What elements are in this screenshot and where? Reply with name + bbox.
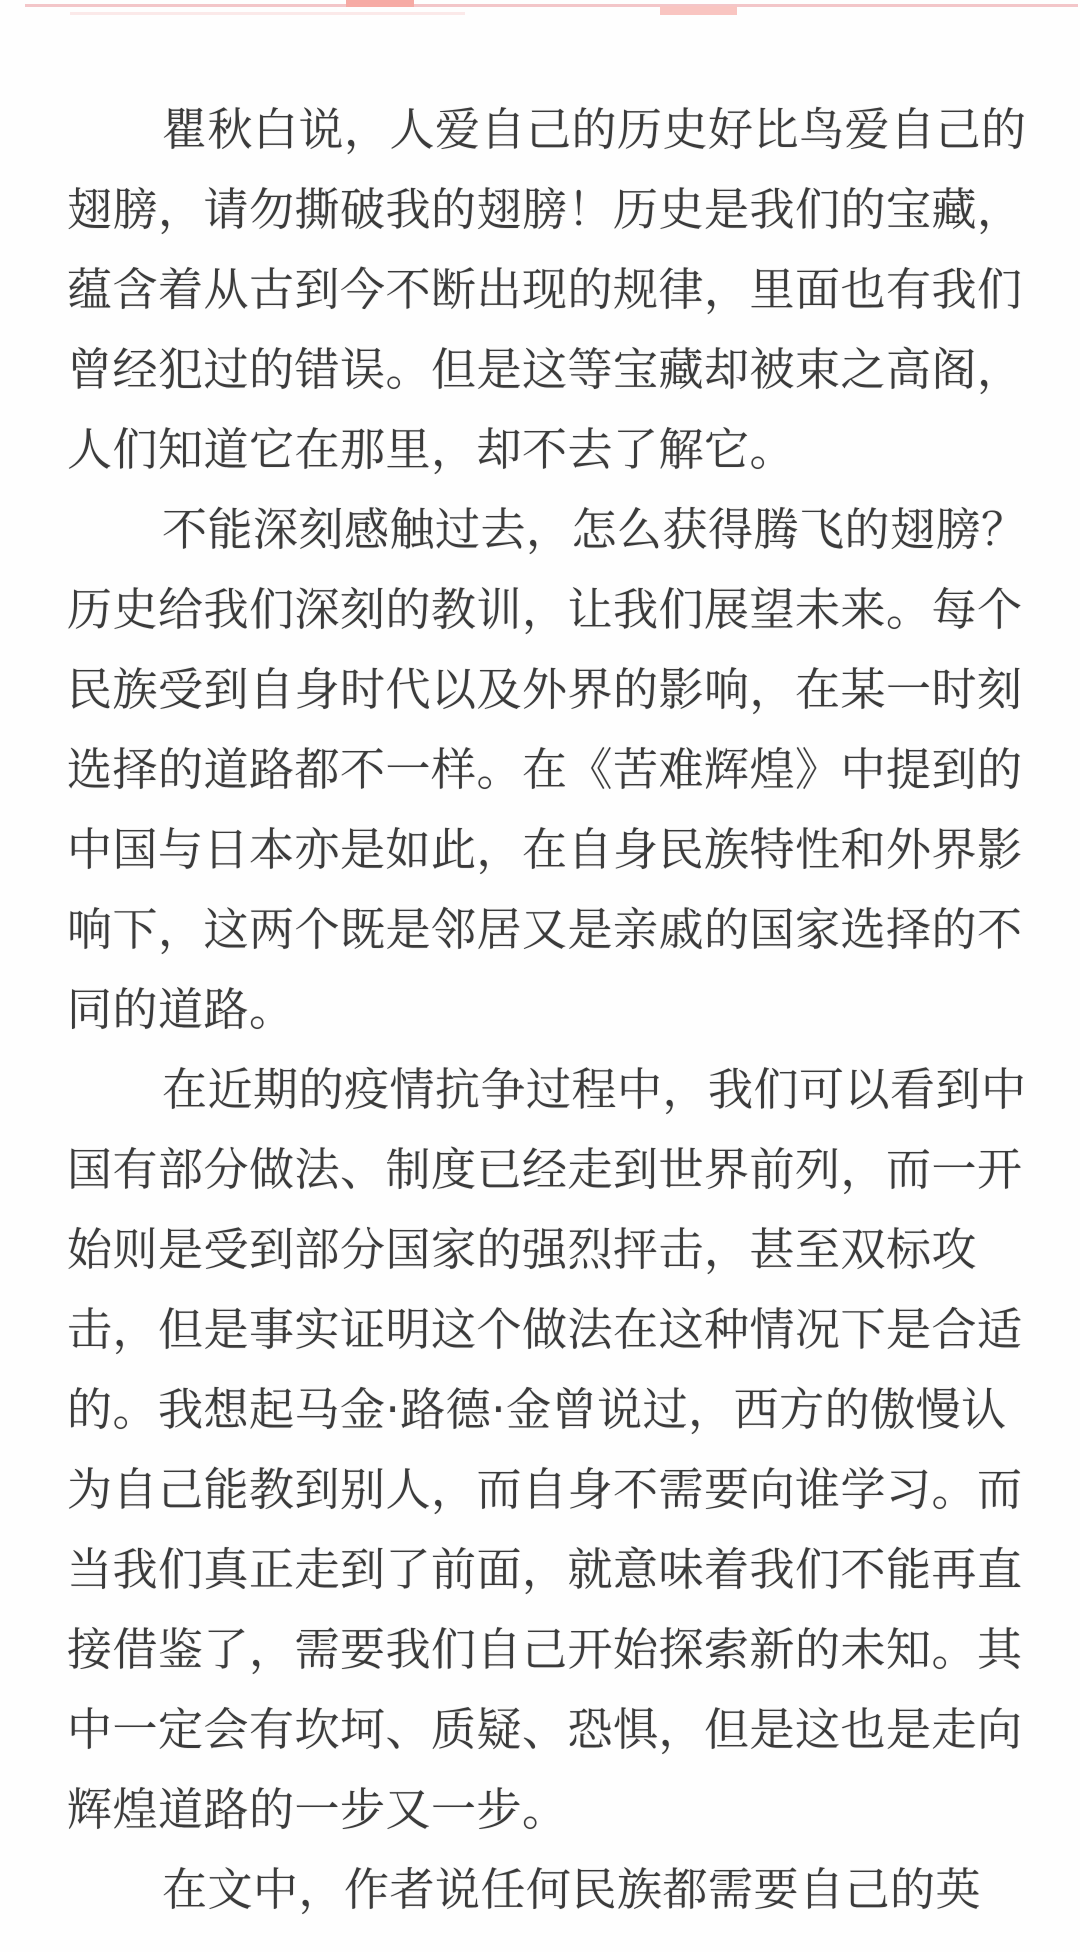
text-line: 的。我想起马金·路德·金曾说过，西方的傲慢认: [67, 1370, 1013, 1450]
essay-text-block: 瞿秋白说，人爱自己的历史好比鸟爱自己的 翅膀，请勿撕破我的翅膀！历史是我们的宝藏…: [67, 90, 1013, 1930]
text-line: 始则是受到部分国家的强烈抨击，甚至双标攻: [67, 1210, 1013, 1290]
text-line: 当我们真正走到了前面，就意味着我们不能再直: [67, 1530, 1013, 1610]
document-page: 瞿秋白说，人爱自己的历史好比鸟爱自己的 翅膀，请勿撕破我的翅膀！历史是我们的宝藏…: [0, 0, 1080, 1952]
text-line: 蕴含着从古到今不断出现的规律，里面也有我们: [67, 250, 1013, 330]
text-line: 辉煌道路的一步又一步。: [67, 1770, 1013, 1850]
top-highlight-line: [25, 4, 1078, 7]
text-line: 人们知道它在那里，却不去了解它。: [67, 410, 1013, 490]
text-line: 击，但是事实证明这个做法在这种情况下是合适: [67, 1290, 1013, 1370]
text-line: 国有部分做法、制度已经走到世界前列，而一开: [67, 1130, 1013, 1210]
text-line: 历史给我们深刻的教训，让我们展望未来。每个: [67, 570, 1013, 650]
text-line: 曾经犯过的错误。但是这等宝藏却被束之高阁，: [67, 330, 1013, 410]
text-line: 民族受到自身时代以及外界的影响，在某一时刻: [67, 650, 1013, 730]
text-line: 中国与日本亦是如此，在自身民族特性和外界影: [67, 810, 1013, 890]
text-line: 同的道路。: [67, 970, 1013, 1050]
highlight-remnant-left: [346, 0, 414, 7]
text-line: 响下，这两个既是邻居又是亲戚的国家选择的不: [67, 890, 1013, 970]
text-line: 在文中，作者说任何民族都需要自己的英: [67, 1850, 1013, 1930]
top-highlight-line-faint: [70, 12, 465, 15]
text-line: 不能深刻感触过去，怎么获得腾飞的翅膀？: [67, 490, 1013, 570]
text-line: 瞿秋白说，人爱自己的历史好比鸟爱自己的: [67, 90, 1013, 170]
highlight-remnant-right: [660, 6, 737, 15]
text-line: 为自己能教到别人，而自身不需要向谁学习。而: [67, 1450, 1013, 1530]
text-line: 翅膀，请勿撕破我的翅膀！历史是我们的宝藏，: [67, 170, 1013, 250]
text-line: 中一定会有坎坷、质疑、恐惧，但是这也是走向: [67, 1690, 1013, 1770]
text-line: 接借鉴了，需要我们自己开始探索新的未知。其: [67, 1610, 1013, 1690]
text-line: 在近期的疫情抗争过程中，我们可以看到中: [67, 1050, 1013, 1130]
text-line: 选择的道路都不一样。在《苦难辉煌》中提到的: [67, 730, 1013, 810]
